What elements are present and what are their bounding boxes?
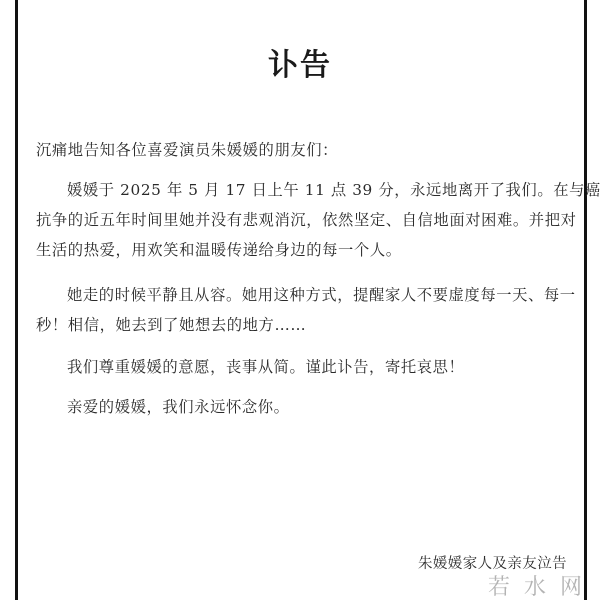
paragraph-1-line-2: 抗争的近五年时间里她并没有悲观消沉，依然坚定、自信地面对困难。并把对 (36, 208, 577, 230)
watermark: 若水网 (488, 570, 596, 600)
left-border (15, 0, 18, 600)
right-border (584, 0, 587, 600)
page-title: 讣告 (0, 40, 600, 84)
paragraph-2-line-2: 秒！相信，她去到了她想去的地方…… (36, 313, 306, 335)
paragraph-1-line-3: 生活的热爱，用欢笑和温暖传递给身边的每一个人。 (36, 238, 402, 260)
greeting: 沉痛地告知各位喜爱演员朱媛媛的朋友们： (36, 138, 338, 160)
paragraph-4: 亲爱的媛媛，我们永远怀念你。 (67, 395, 290, 417)
paragraph-2-line-1: 她走的时候平静且从容。她用这种方式，提醒家人不要虚度每一天、每一 (67, 283, 576, 305)
paragraph-3: 我们尊重媛媛的意愿，丧事从简。谨此讣告，寄托哀思！ (67, 355, 464, 377)
paragraph-1-line-1: 媛媛于 2025 年 5 月 17 日上午 11 点 39 分，永远地离开了我们… (67, 178, 600, 200)
